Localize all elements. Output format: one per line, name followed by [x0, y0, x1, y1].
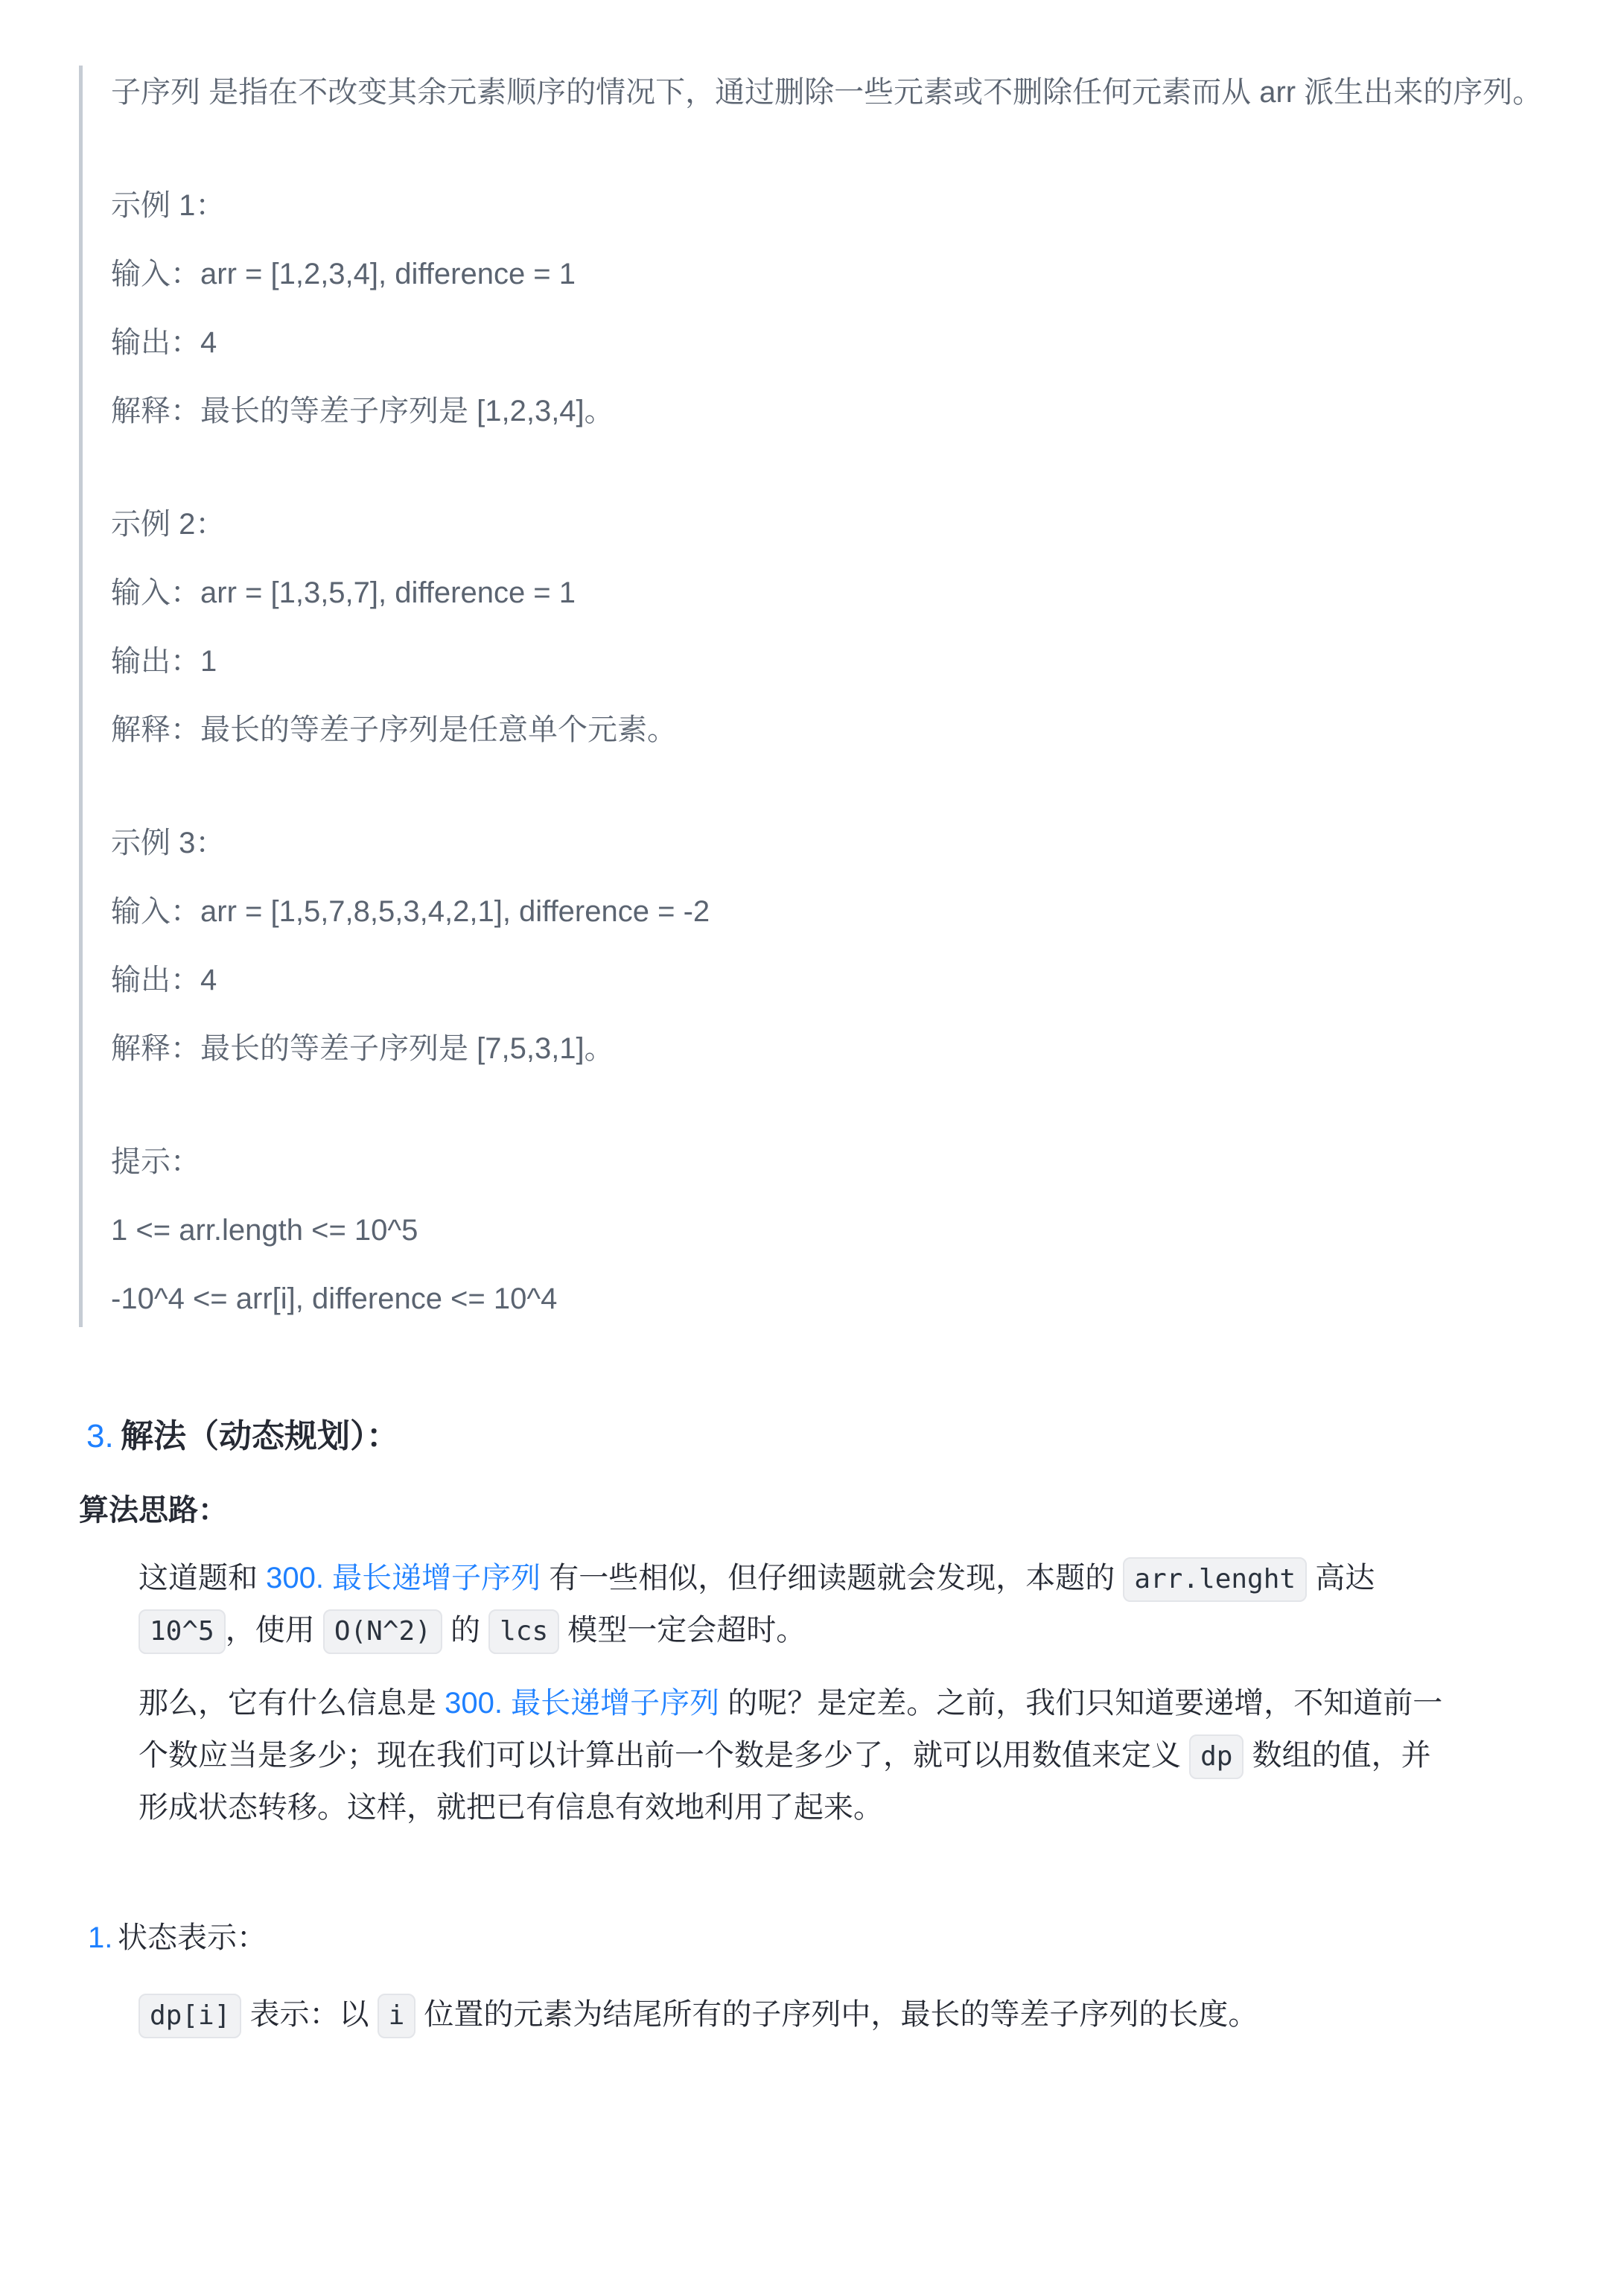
constraint-item: 1 <= arr.length <= 10^5	[111, 1209, 1545, 1251]
text-run: 这道题和	[138, 1562, 266, 1594]
text-run: 高达	[1307, 1562, 1375, 1594]
inline-code-lcs: lcs	[488, 1609, 559, 1654]
solution-heading: 3. 解法（动态规划）：	[79, 1416, 1545, 1457]
text-run: ，使用	[226, 1614, 323, 1647]
example-output: 输出：1	[111, 640, 1545, 682]
text-run: 有一些相似，但仔细读题就会发现，本题的	[541, 1562, 1123, 1594]
state-item-title: 状态表示：	[118, 1917, 267, 1959]
constraints-title: 提示：	[111, 1141, 1545, 1183]
analysis-paragraph-1: 这道题和 300. 最长递增子序列 有一些相似，但仔细读题就会发现，本题的 ar…	[138, 1552, 1451, 1656]
example-output: 输出：4	[111, 322, 1545, 363]
example-2-block: 示例 2： 输入：arr = [1,3,5,7], difference = 1…	[111, 503, 1545, 751]
inline-code-dp: dp	[1189, 1734, 1244, 1779]
example-input: 输入：arr = [1,3,5,7], difference = 1	[111, 572, 1545, 614]
constraint-item: -10^4 <= arr[i], difference <= 10^4	[111, 1278, 1545, 1320]
inline-code-arr-length: arr.lenght	[1123, 1557, 1307, 1602]
inline-code-i: i	[378, 1994, 416, 2038]
state-representation-item: 1. 状态表示：	[79, 1917, 1545, 1959]
example-title: 示例 1：	[111, 185, 1545, 226]
subsequence-definition: 子序列 是指在不改变其余元素顺序的情况下，通过删除一些元素或不删除任何元素而从 …	[111, 71, 1545, 113]
article-page: 子序列 是指在不改变其余元素顺序的情况下，通过删除一些元素或不删除任何元素而从 …	[0, 0, 1624, 2296]
analysis-paragraph-2: 那么，它有什么信息是 300. 最长递增子序列 的呢？是定差。之前，我们只知道要…	[138, 1677, 1451, 1834]
inline-code-on2: O(N^2)	[323, 1609, 442, 1654]
related-problem-link[interactable]: 300. 最长递增子序列	[266, 1562, 541, 1594]
text-run: 表示：以	[241, 1998, 377, 2031]
example-explanation: 解释：最长的等差子序列是 [1,2,3,4]。	[111, 390, 1545, 432]
example-title: 示例 3：	[111, 822, 1545, 864]
solution-heading-title: 解法（动态规划）：	[121, 1416, 399, 1457]
inline-code-10e5: 10^5	[138, 1609, 226, 1654]
example-explanation: 解释：最长的等差子序列是任意单个元素。	[111, 709, 1545, 751]
example-explanation: 解释：最长的等差子序列是 [7,5,3,1]。	[111, 1028, 1545, 1069]
state-item-number: 1.	[79, 1917, 118, 1959]
related-problem-link[interactable]: 300. 最长递增子序列	[445, 1687, 719, 1720]
text-run: 模型一定会超时。	[559, 1614, 806, 1647]
example-3-block: 示例 3： 输入：arr = [1,5,7,8,5,3,4,2,1], diff…	[111, 822, 1545, 1069]
problem-statement-quote: 子序列 是指在不改变其余元素顺序的情况下，通过删除一些元素或不删除任何元素而从 …	[79, 66, 1545, 1327]
algorithm-idea-subtitle: 算法思路：	[79, 1489, 1545, 1531]
example-title: 示例 2：	[111, 503, 1545, 545]
example-output: 输出：4	[111, 959, 1545, 1001]
solution-heading-number: 3.	[79, 1416, 121, 1457]
text-run: 的	[442, 1614, 488, 1647]
text-run: 位置的元素为结尾所有的子序列中，最长的等差子序列的长度。	[415, 1998, 1258, 2031]
inline-code-dp-i: dp[i]	[138, 1994, 241, 2038]
constraints-block: 提示： 1 <= arr.length <= 10^5 -10^4 <= arr…	[111, 1141, 1545, 1320]
example-1-block: 示例 1： 输入：arr = [1,2,3,4], difference = 1…	[111, 185, 1545, 432]
example-input: 输入：arr = [1,5,7,8,5,3,4,2,1], difference…	[111, 891, 1545, 932]
example-input: 输入：arr = [1,2,3,4], difference = 1	[111, 253, 1545, 295]
text-run: 那么，它有什么信息是	[138, 1687, 445, 1720]
state-definition-paragraph: dp[i] 表示：以 i 位置的元素为结尾所有的子序列中，最长的等差子序列的长度…	[138, 1988, 1451, 2041]
